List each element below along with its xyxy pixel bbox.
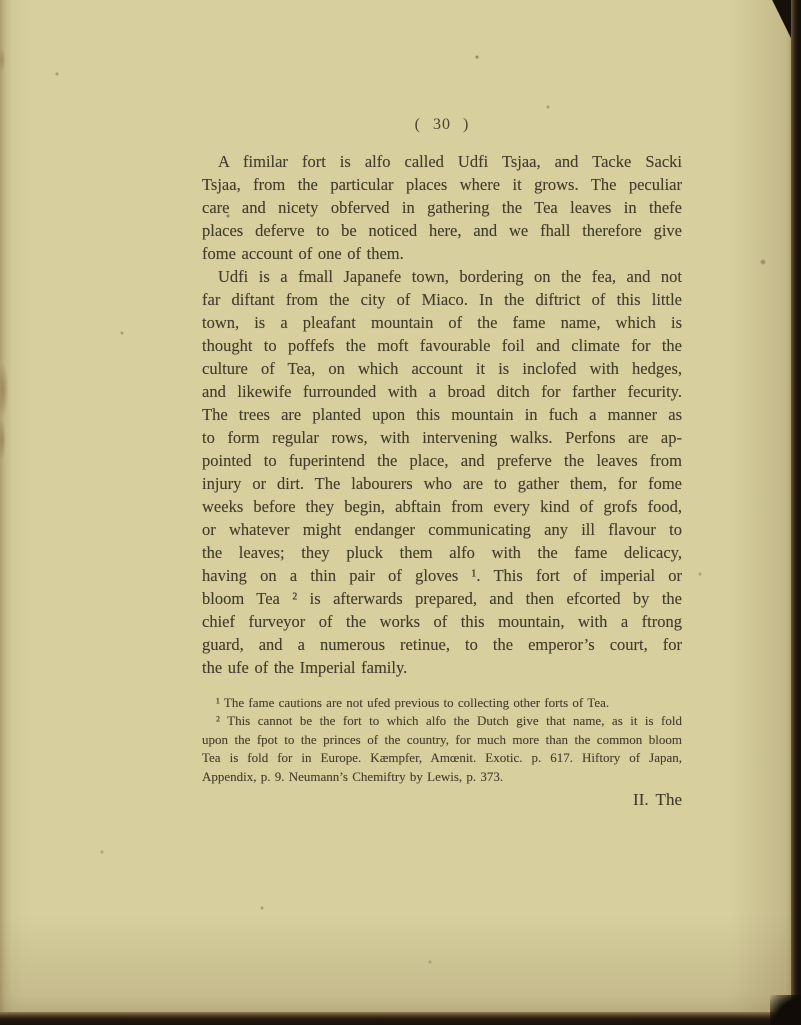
book-page-scan: ( 30 ) A fimilar fort is alfo called Udf… — [0, 0, 801, 1025]
body-line: and likewife furrounded with a broad dit… — [202, 380, 682, 403]
body-line: town, is a pleafant mountain of the fame… — [202, 311, 682, 334]
page-edge-right — [791, 0, 801, 1025]
body-line: thought to poffefs the moft favourable f… — [202, 334, 682, 357]
body-line: or whatever might endanger communicating… — [202, 518, 682, 541]
body-line: the leaves; they pluck them alfo with th… — [202, 541, 682, 564]
body-line: bloom Tea ² is afterwards prepared, and … — [202, 587, 682, 610]
body-text: A fimilar fort is alfo called Udfi Tsjaa… — [202, 150, 682, 679]
body-line: far diftant from the city of Miaco. In t… — [202, 288, 682, 311]
body-line: A fimilar fort is alfo called Udfi Tsjaa… — [202, 150, 682, 173]
footnote-line: upon the fpot to the princes of the coun… — [202, 731, 682, 749]
catchword: II. The — [202, 790, 682, 810]
body-line: injury or dirt. The labourers who are to… — [202, 472, 682, 495]
body-line: to form regular rows, with intervening w… — [202, 426, 682, 449]
page-number: ( 30 ) — [202, 116, 682, 134]
body-line: Tsjaa, from the particular places where … — [202, 173, 682, 196]
footnote-line: ¹ The fame cautions are not ufed previou… — [202, 694, 682, 712]
body-line: culture of Tea, on which account it is i… — [202, 357, 682, 380]
body-line: The trees are planted upon this mountain… — [202, 403, 682, 426]
body-line: chief furveyor of the works of this moun… — [202, 610, 682, 633]
body-line: pointed to fuperintend the place, and pr… — [202, 449, 682, 472]
body-line: the ufe of the Imperial family. — [202, 656, 682, 679]
body-line: places deferve to be noticed here, and w… — [202, 219, 682, 242]
body-line: guard, and a numerous retinue, to the em… — [202, 633, 682, 656]
footnote-line: Appendix, p. 9. Neumann’s Chemiftry by L… — [202, 768, 682, 786]
page-edge-bottom — [0, 1012, 801, 1025]
body-line: Udfi is a fmall Japanefe town, bordering… — [202, 265, 682, 288]
body-line: fome account of one of them. — [202, 242, 682, 265]
footnotes: ¹ The fame cautions are not ufed previou… — [202, 694, 682, 786]
footnote-line: Tea is fold for in Europe. Kæmpfer, Amœn… — [202, 749, 682, 767]
footnote-line: ² This cannot be the fort to which alfo … — [202, 712, 682, 730]
page-corner-bottom-right-shadow — [770, 995, 801, 1025]
body-line: having on a thin pair of gloves ¹. This … — [202, 564, 682, 587]
body-line: weeks before they begin, abftain from ev… — [202, 495, 682, 518]
body-line: care and nicety obferved in gathering th… — [202, 196, 682, 219]
